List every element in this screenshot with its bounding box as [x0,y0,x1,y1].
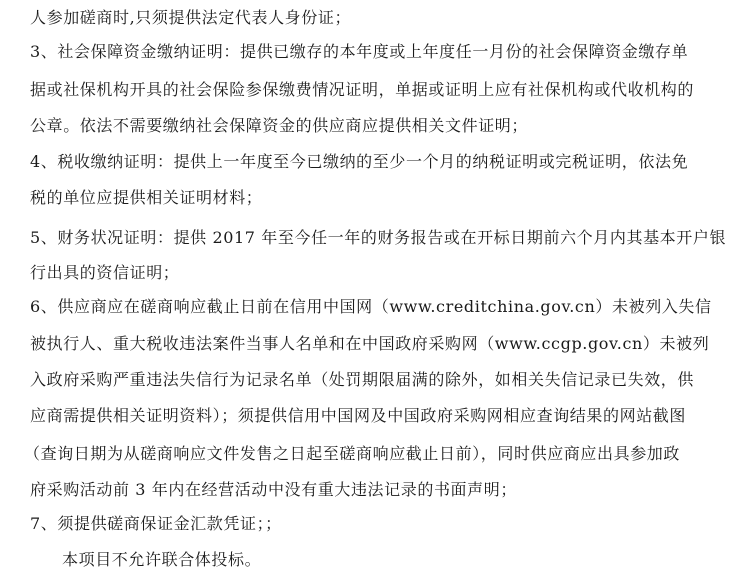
text-line: 公章。依法不需要缴纳社会保障资金的供应商应提供相关文件证明； [30,116,528,136]
item-5-line: 5、财务状况证明：提供 2017 年至今任一年的财务报告或在开标日期前六个月内其… [30,228,726,248]
consortium-note: 本项目不允许联合体投标。 [62,550,261,570]
text-line: 被执行人、重大税收违法案件当事人名单和在中国政府采购网（www.ccgp.gov… [30,334,709,354]
item-6-line: 6、供应商应在磋商响应截止日前在信用中国网（www.creditchina.go… [30,297,712,317]
text-line: 税的单位应提供相关证明材料； [30,188,262,208]
text-line: 府采购活动前 3 年内在经营活动中没有重大违法记录的书面声明； [30,480,517,500]
text-line: 据或社保机构开具的社会保险参保缴费情况证明，单据或证明上应有社保机构或代收机构的 [30,80,694,100]
text-line: 人参加磋商时,只须提供法定代表人身份证； [30,8,351,28]
text-line: 应商需提供相关证明资料）；须提供信用中国网及中国政府采购网相应查询结果的网站截图 [30,406,686,426]
text-line: （查询日期为从磋商响应文件发售之日起至磋商响应截止日前），同时供应商应出具参加政 [24,444,680,464]
item-7-line: 7、须提供磋商保证金汇款凭证；； [30,514,282,534]
item-3-line: 3、社会保障资金缴纳证明：提供已缴存的本年度或上年度任一月份的社会保障资金缴存单 [30,42,688,62]
text-line: 行出具的资信证明； [30,263,179,283]
text-line: 入政府采购严重违法失信行为记录名单（处罚期限届满的除外，如相关失信记录已失效，供 [30,370,694,390]
item-4-line: 4、税收缴纳证明：提供上一年度至今已缴纳的至少一个月的纳税证明或完税证明，依法免 [30,152,688,172]
